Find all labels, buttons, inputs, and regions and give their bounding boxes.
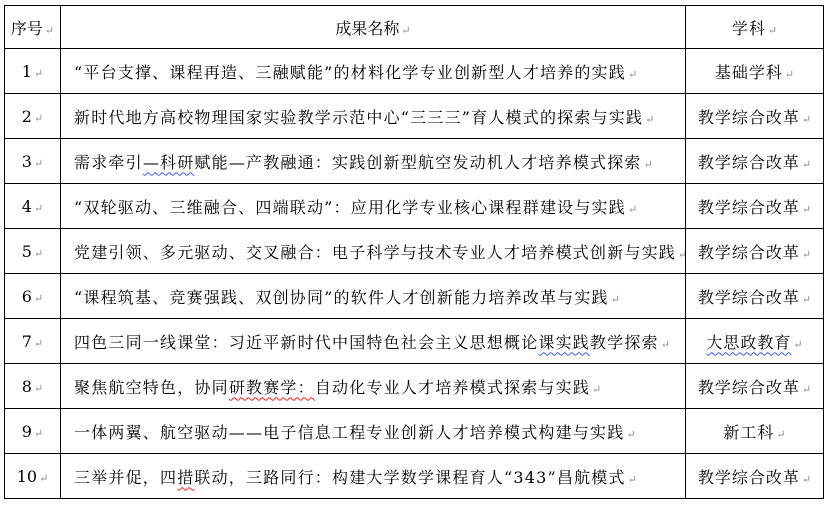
table-row: 2↵ 新时代地方高校物理国家实验教学示范中心“三三三”育人模式的探索与实践↵ 教… — [5, 94, 824, 139]
subject-cell[interactable]: 新工科↵ — [686, 409, 824, 454]
row-number-cell[interactable]: 2↵ — [5, 94, 61, 139]
row-number: 6 — [22, 287, 32, 306]
text-segment: 一体两翼、航空驱动——电子信息工程专业创新人才培养模式构建与实践 — [74, 423, 624, 442]
header-label-subject: 学科 — [732, 19, 766, 38]
cell-end-mark: ↵ — [776, 428, 785, 441]
cell-end-mark: ↵ — [802, 383, 811, 396]
subject-cell[interactable]: 教学综合改革↵ — [686, 139, 824, 184]
cell-end-mark: ↵ — [34, 247, 43, 260]
achievement-name: 新时代地方高校物理国家实验教学示范中心“三三三”育人模式的探索与实践 — [74, 108, 643, 127]
achievement-name: 党建引领、多元驱动、交叉融合：电子科学与技术专业人才培养模式创新与实践 — [74, 243, 676, 262]
achievements-table: 序号↵ 成果名称↵ 学科↵ 1↵ “平台支撑、课程再造、三融赋能”的材料化学专业… — [4, 5, 824, 499]
cell-end-mark: ↵ — [628, 68, 637, 81]
table-row: 9↵ 一体两翼、航空驱动——电子信息工程专业创新人才培养模式构建与实践↵ 新工科… — [5, 409, 824, 454]
achievement-name-cell[interactable]: 三举并促，四措联动，三路同行：构建大学数学课程育人“343”昌航模式↵ — [61, 454, 686, 499]
achievement-name-cell[interactable]: 一体两翼、航空驱动——电子信息工程专业创新人才培养模式构建与实践↵ — [61, 409, 686, 454]
row-number-cell[interactable]: 7↵ — [5, 319, 61, 364]
table-row: 1↵ “平台支撑、课程再造、三融赋能”的材料化学专业创新型人才培养的实践↵ 基础… — [5, 49, 824, 94]
table-row: 8↵ 聚焦航空特色，协同研教赛学：自动化专业人才培养模式探索与实践↵ 教学综合改… — [5, 364, 824, 409]
text-segment: 联动，三路同行：构建大学数学课程育人“343”昌航模式 — [194, 468, 625, 487]
text-segment: 四色三同一线课堂：习近平新时代中国特色社会主义思想概论 — [74, 333, 538, 352]
subject-cell[interactable]: 基础学科↵ — [686, 49, 824, 94]
achievement-name-cell[interactable]: “课程筑基、竞赛强践、双创协同”的软件人才创新能力培养改革与实践↵ — [61, 274, 686, 319]
row-number: 4 — [22, 197, 32, 216]
cell-end-mark: ↵ — [678, 248, 685, 261]
subject: 教学综合改革 — [698, 108, 800, 127]
achievement-name: “课程筑基、竞赛强践、双创协同”的软件人才创新能力培养改革与实践 — [74, 288, 609, 307]
cell-end-mark: ↵ — [802, 203, 811, 216]
cell-end-mark: ↵ — [34, 337, 43, 350]
subject: 教学综合改革 — [698, 378, 800, 397]
row-number-cell[interactable]: 1↵ — [5, 49, 61, 94]
cell-end-mark: ↵ — [34, 112, 43, 125]
cell-end-mark: ↵ — [34, 427, 43, 440]
cell-end-mark: ↵ — [644, 158, 653, 171]
text-segment: “平台支撑、课程再造、三融赋能”的材料化学专业创新型人才培养的实践 — [74, 63, 626, 82]
subject: 教学综合改革 — [698, 468, 800, 487]
cell-end-mark: ↵ — [802, 113, 811, 126]
misspelled-text-segment: 课实践 — [538, 333, 590, 352]
row-number-cell[interactable]: 5↵ — [5, 229, 61, 274]
table-row: 5↵ 党建引领、多元驱动、交叉融合：电子科学与技术专业人才培养模式创新与实践↵ … — [5, 229, 824, 274]
header-label-no: 序号 — [11, 19, 43, 38]
table-row: 10↵ 三举并促，四措联动，三路同行：构建大学数学课程育人“343”昌航模式↵ … — [5, 454, 824, 499]
misspelled-text-segment: —科研 — [143, 153, 195, 172]
cell-end-mark: ↵ — [45, 24, 54, 37]
row-number-cell[interactable]: 6↵ — [5, 274, 61, 319]
cell-end-mark: ↵ — [768, 24, 777, 37]
row-number: 10 — [17, 467, 37, 486]
achievement-name: “平台支撑、课程再造、三融赋能”的材料化学专业创新型人才培养的实践 — [74, 63, 626, 82]
text-segment: 新时代地方高校物理国家实验教学示范中心“三三三”育人模式的探索与实践 — [74, 108, 643, 127]
misspelled-text-segment: 研教赛学： — [229, 378, 315, 397]
cell-end-mark: ↵ — [628, 203, 637, 216]
row-number: 7 — [22, 332, 32, 351]
cell-end-mark: ↵ — [661, 338, 670, 351]
subject: 教学综合改革 — [698, 288, 800, 307]
row-number: 5 — [22, 242, 32, 261]
subject: 教学综合改革 — [698, 243, 800, 262]
text-segment: 赋能—产教融通：实践创新型航空发动机人才培养模式探索 — [194, 153, 641, 172]
header-cell-subject[interactable]: 学科↵ — [686, 6, 824, 49]
cell-end-mark: ↵ — [802, 248, 811, 261]
table-row: 7↵ 四色三同一线课堂：习近平新时代中国特色社会主义思想概论课实践教学探索↵ 大… — [5, 319, 824, 364]
subject: 教学综合改革 — [698, 153, 800, 172]
header-label-name: 成果名称 — [335, 19, 399, 38]
cell-end-mark: ↵ — [34, 67, 43, 80]
achievement-name-cell[interactable]: “平台支撑、课程再造、三融赋能”的材料化学专业创新型人才培养的实践↵ — [61, 49, 686, 94]
cell-end-mark: ↵ — [611, 293, 620, 306]
misspelled-text-segment: 措 — [177, 468, 194, 487]
header-cell-no[interactable]: 序号↵ — [5, 6, 61, 49]
subject-cell[interactable]: 教学综合改革↵ — [686, 229, 824, 274]
achievement-name: 一体两翼、航空驱动——电子信息工程专业创新人才培养模式构建与实践 — [74, 423, 624, 442]
achievement-name-cell[interactable]: “双轮驱动、三维融合、四端联动”：应用化学专业核心课程群建设与实践↵ — [61, 184, 686, 229]
achievement-name: 聚焦航空特色，协同研教赛学：自动化专业人才培养模式探索与实践 — [74, 378, 590, 397]
achievement-name: “双轮驱动、三维融合、四端联动”：应用化学专业核心课程群建设与实践 — [74, 198, 626, 217]
subject: 大思政教育 — [706, 333, 791, 352]
achievement-name-cell[interactable]: 四色三同一线课堂：习近平新时代中国特色社会主义思想概论课实践教学探索↵ — [61, 319, 686, 364]
achievement-name-cell[interactable]: 新时代地方高校物理国家实验教学示范中心“三三三”育人模式的探索与实践↵ — [61, 94, 686, 139]
row-number-cell[interactable]: 4↵ — [5, 184, 61, 229]
row-number: 8 — [22, 377, 32, 396]
text-segment: “双轮驱动、三维融合、四端联动”：应用化学专业核心课程群建设与实践 — [74, 198, 626, 217]
row-number: 1 — [22, 62, 32, 81]
cell-end-mark: ↵ — [628, 473, 637, 486]
table-header: 序号↵ 成果名称↵ 学科↵ — [5, 6, 824, 49]
achievement-name-cell[interactable]: 聚焦航空特色，协同研教赛学：自动化专业人才培养模式探索与实践↵ — [61, 364, 686, 409]
results-table-body: 1↵ “平台支撑、课程再造、三融赋能”的材料化学专业创新型人才培养的实践↵ 基础… — [5, 49, 824, 499]
table-row: 6↵ “课程筑基、竞赛强践、双创协同”的软件人才创新能力培养改革与实践↵ 教学综… — [5, 274, 824, 319]
cell-end-mark: ↵ — [34, 202, 43, 215]
subject: 新工科 — [723, 423, 774, 442]
cell-end-mark: ↵ — [645, 113, 654, 126]
header-cell-name[interactable]: 成果名称↵ — [61, 6, 686, 49]
subject-cell[interactable]: 教学综合改革↵ — [686, 94, 824, 139]
cell-end-mark: ↵ — [34, 292, 43, 305]
cell-end-mark: ↵ — [34, 382, 43, 395]
table-row: 3↵ 需求牵引—科研赋能—产教融通：实践创新型航空发动机人才培养模式探索↵ 教学… — [5, 139, 824, 184]
row-number-cell[interactable]: 10↵ — [5, 454, 61, 499]
subject-cell[interactable]: 教学综合改革↵ — [686, 274, 824, 319]
achievement-name: 三举并促，四措联动，三路同行：构建大学数学课程育人“343”昌航模式 — [74, 468, 626, 487]
cell-end-mark: ↵ — [802, 293, 811, 306]
subject: 教学综合改革 — [698, 198, 800, 217]
cell-end-mark: ↵ — [785, 68, 794, 81]
row-number: 3 — [22, 152, 32, 171]
text-segment: 教学探索 — [590, 333, 659, 352]
cell-end-mark: ↵ — [401, 24, 410, 37]
achievement-name-cell[interactable]: 需求牵引—科研赋能—产教融通：实践创新型航空发动机人才培养模式探索↵ — [61, 139, 686, 184]
cell-end-mark: ↵ — [592, 383, 601, 396]
row-number-cell[interactable]: 3↵ — [5, 139, 61, 184]
cell-end-mark: ↵ — [626, 428, 635, 441]
cell-end-mark: ↵ — [793, 338, 802, 351]
subject-cell[interactable]: 大思政教育↵ — [686, 319, 824, 364]
header-row: 序号↵ 成果名称↵ 学科↵ — [5, 6, 824, 49]
achievement-name-cell[interactable]: 党建引领、多元驱动、交叉融合：电子科学与技术专业人才培养模式创新与实践↵ — [61, 229, 686, 274]
cell-end-mark: ↵ — [802, 158, 811, 171]
cell-end-mark: ↵ — [39, 472, 48, 485]
subject-cell[interactable]: 教学综合改革↵ — [686, 184, 824, 229]
text-segment: “课程筑基、竞赛强践、双创协同”的软件人才创新能力培养改革与实践 — [74, 288, 609, 307]
subject: 基础学科 — [715, 63, 783, 82]
text-segment: 党建引领、多元驱动、交叉融合：电子科学与技术专业人才培养模式创新与实践 — [74, 243, 676, 262]
document-page: 序号↵ 成果名称↵ 学科↵ 1↵ “平台支撑、课程再造、三融赋能”的材料化学专业… — [0, 0, 827, 507]
achievement-name: 需求牵引—科研赋能—产教融通：实践创新型航空发动机人才培养模式探索 — [74, 153, 642, 172]
row-number: 9 — [22, 422, 32, 441]
row-number-cell[interactable]: 9↵ — [5, 409, 61, 454]
table-row: 4↵ “双轮驱动、三维融合、四端联动”：应用化学专业核心课程群建设与实践↵ 教学… — [5, 184, 824, 229]
text-segment: 三举并促，四 — [74, 468, 177, 487]
subject-cell[interactable]: 教学综合改革↵ — [686, 364, 824, 409]
text-segment: 聚焦航空特色，协同 — [74, 378, 229, 397]
subject-cell[interactable]: 教学综合改革↵ — [686, 454, 824, 499]
cell-end-mark: ↵ — [34, 157, 43, 170]
text-segment: 需求牵引 — [74, 153, 143, 172]
row-number: 2 — [22, 107, 32, 126]
row-number-cell[interactable]: 8↵ — [5, 364, 61, 409]
cell-end-mark: ↵ — [802, 473, 811, 486]
text-segment: 自动化专业人才培养模式探索与实践 — [315, 378, 590, 397]
achievement-name: 四色三同一线课堂：习近平新时代中国特色社会主义思想概论课实践教学探索 — [74, 333, 659, 352]
